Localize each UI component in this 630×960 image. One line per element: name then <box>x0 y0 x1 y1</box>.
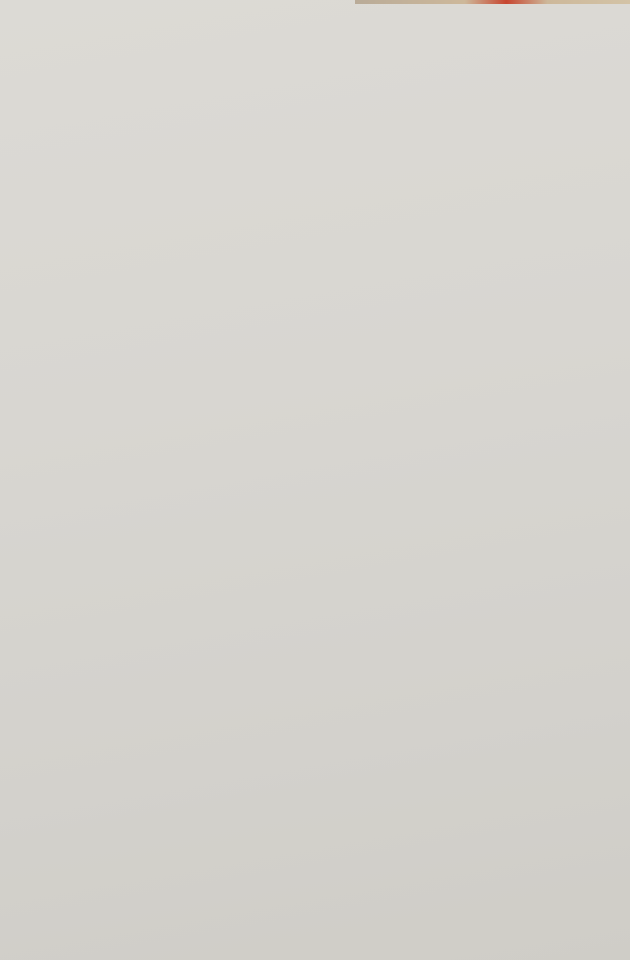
exam-page <box>0 0 630 960</box>
